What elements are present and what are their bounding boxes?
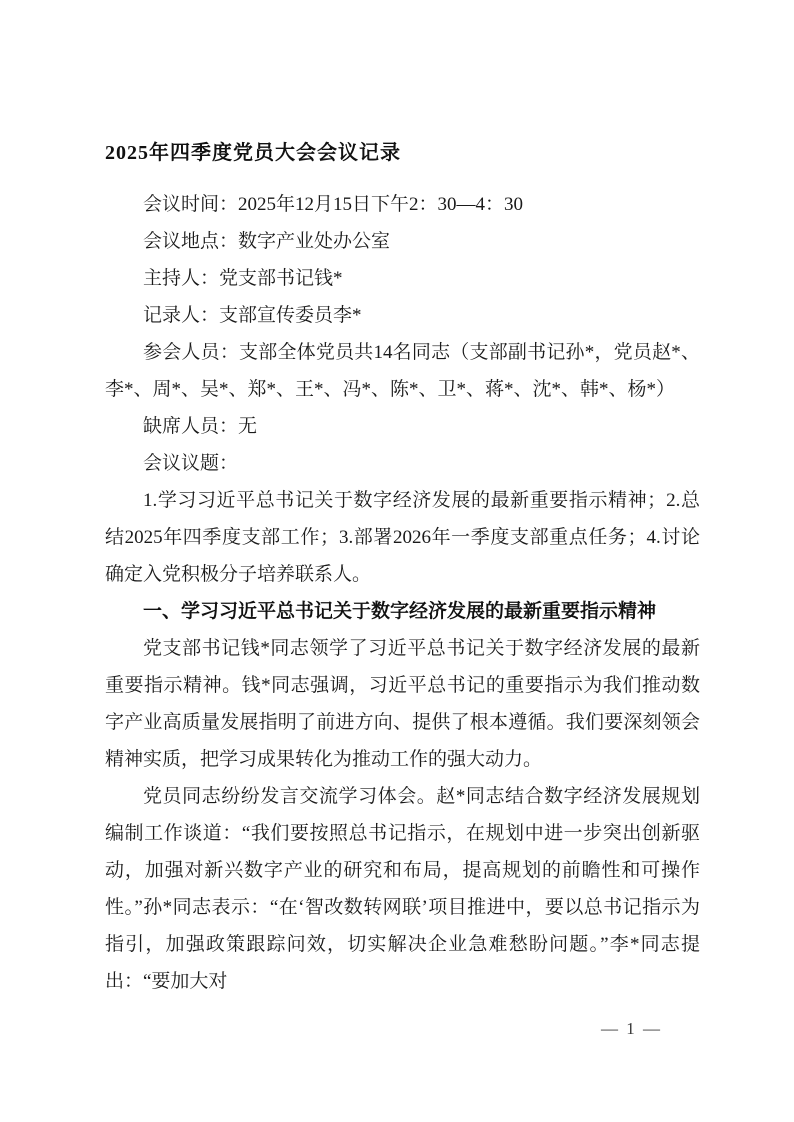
page-number: — 1 — <box>601 1014 662 1044</box>
document-page: 2025年四季度党员大会会议记录 会议时间：2025年12月15日下午2：30—… <box>0 0 794 1122</box>
meta-line-absentees: 缺席人员：无 <box>105 408 700 445</box>
document-title: 2025年四季度党员大会会议记录 <box>105 138 700 168</box>
meta-line-host: 主持人：党支部书记钱* <box>105 260 700 297</box>
section1-paragraph-2: 党员同志纷纷发言交流学习体会。赵*同志结合数字经济发展规划编制工作谈道：“我们要… <box>105 778 700 1000</box>
section1-paragraph-1: 党支部书记钱*同志领学了习近平总书记关于数字经济发展的最新重要指示精神。钱*同志… <box>105 630 700 778</box>
meta-line-recorder: 记录人：支部宣传委员李* <box>105 297 700 334</box>
meta-line-meeting-time: 会议时间：2025年12月15日下午2：30—4：30 <box>105 186 700 223</box>
section1-heading: 一、学习习近平总书记关于数字经济发展的最新重要指示精神 <box>105 593 700 630</box>
meta-line-meeting-place: 会议地点：数字产业处办公室 <box>105 223 700 260</box>
meta-line-agenda-label: 会议议题： <box>105 445 700 482</box>
meta-line-participants: 参会人员：支部全体党员共14名同志（支部副书记孙*，党员赵*、李*、周*、吴*、… <box>105 334 700 408</box>
agenda-paragraph: 1.学习习近平总书记关于数字经济发展的最新重要指示精神；2.总结2025年四季度… <box>105 482 700 593</box>
